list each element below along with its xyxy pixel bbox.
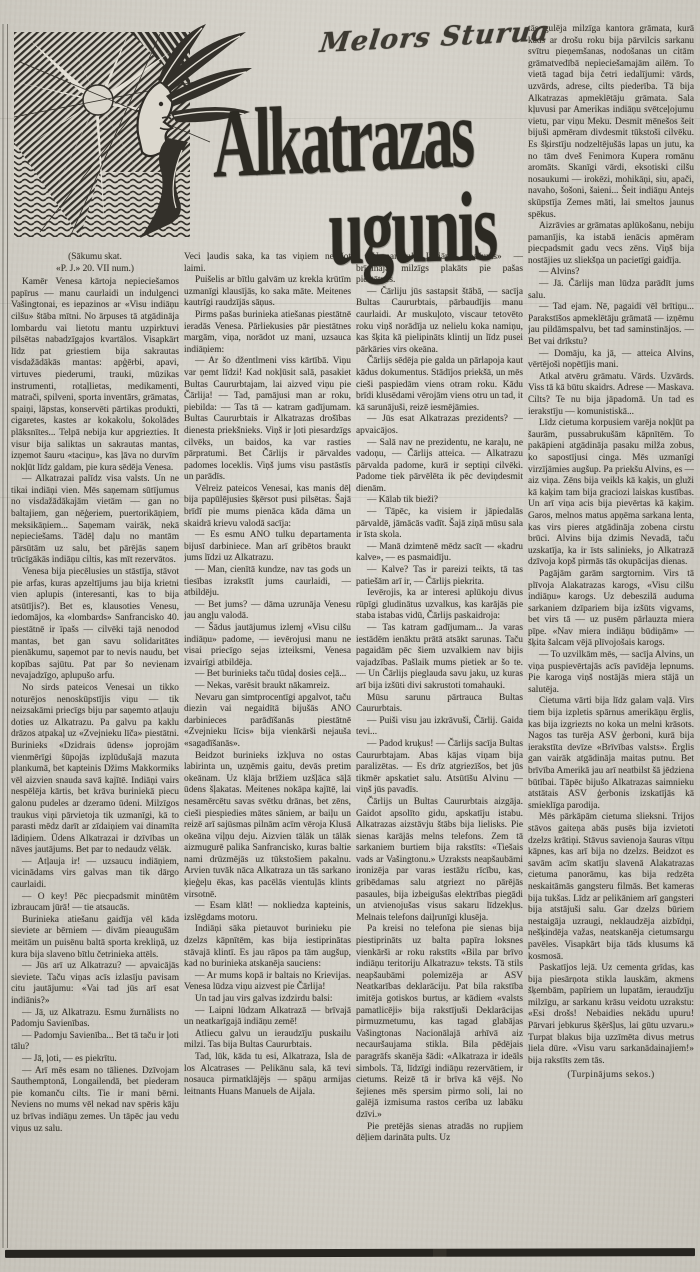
paragraph: — Bet jums? — dāma uzrunāja Venesu jau a…: [184, 600, 351, 623]
paragraph: — Padod kruķus! — Čārlijs sacīja Bultas …: [356, 739, 523, 797]
paragraph: — Jā. Čārlijs man lūdza parādīt jums sal…: [528, 279, 694, 302]
newspaper-page: Melors Sturua Alkatrazas ugunis (Sākumu …: [0, 0, 700, 1272]
paragraph: Indiāņi sāka pietauvot burinieku pie dze…: [184, 924, 351, 970]
paragraph: — Ar šo džentlmeni viss kārtībā. Viņu va…: [184, 356, 351, 484]
paragraph: — Padomju Savienība... Bet tā taču ir ļo…: [11, 1031, 179, 1054]
paragraph: — Kalve? Tas ir pareizi teikts, tā tas p…: [356, 565, 523, 588]
paragraph: Vēlreiz pateicos Venesai, kas manis dēļ …: [184, 484, 351, 530]
paragraph: Un tad jau virs galvas izdzirdu balsi:: [184, 994, 351, 1006]
paragraph: Kamēr Venesa kārtoja nepieciešamos papīr…: [11, 277, 179, 474]
paragraph: — Atļauja ir! — uzsaucu indiāņiem, vicin…: [11, 857, 179, 892]
paragraph: Ievērojis, ka ar interesi aplūkoju divus…: [356, 588, 523, 623]
page-edge-line: [2, 24, 4, 1248]
paragraph: Čārlijs sēdēja pie galda un pārlapoja ka…: [356, 356, 523, 414]
paragraph: Cietuma vārti bija līdz galam vaļā. Virs…: [528, 696, 694, 812]
paragraph: Mēs pārkāpām cietuma slieksni. Trijos st…: [528, 812, 694, 963]
paragraph: Venesa bija piecēlusies un stāstīja, stā…: [11, 567, 179, 683]
paragraph: Puišelis ar bītlu galvām uz krekla krūtī…: [184, 275, 351, 310]
paragraph: Nevaru gan simtprocentīgi apgalvot, taču…: [184, 693, 351, 751]
paragraph: — Esam klāt! — nokliedza kapteinis, izsl…: [184, 901, 351, 924]
paragraph: — Jā, uz Alkatrazu. Esmu žurnālists no P…: [11, 1008, 179, 1031]
paragraph: Atkal atvēru grāmatu. Vārds. Uzvārds. Vi…: [528, 372, 694, 418]
paragraph: Pirms pašas burinieka atiešanas piestātn…: [184, 310, 351, 356]
paragraph: — Jūs esat Alkatrazas prezidents? — apva…: [356, 414, 523, 437]
paragraph: — Alkatrazai palīdz visa valsts. Un ne t…: [11, 474, 179, 567]
paragraph: — To uzvilkām mēs, — sacīja Alvins, un v…: [528, 650, 694, 696]
paragraph: — Man, cienītā kundze, nav tas gods un t…: [184, 565, 351, 600]
paragraph: — Tāpēc, ka visiem ir jāpiedalās pārvald…: [356, 507, 523, 542]
paragraph: — Puiši visu jau izkrāvuši, Čārlij. Gaid…: [356, 716, 523, 739]
paragraph: (Sākumu skat. «P. J.» 20. VII num.): [11, 252, 179, 275]
paragraph: — Manā dzimtenē mēdz sacīt — «kadru kalv…: [356, 542, 523, 565]
paragraph: Aizrāvies ar grāmatas aplūkošanu, nebiju…: [528, 221, 694, 267]
paragraph: — Tad ejam. Nē, pagaidi vēl brītiņu... P…: [528, 302, 694, 348]
paragraph: — Ar mums kopā ir baltais no Krievijas. …: [184, 971, 351, 994]
paragraph: Paskatījos lejā. Uz cementa grīdas, kas …: [528, 963, 694, 1067]
paragraph: — Arī mēs esam no tālienes. Dzīvojam Sau…: [11, 1066, 179, 1136]
paragraph: — Kālab tik bieži?: [356, 495, 523, 507]
paragraph: — Šādus jautājumus izlemj «Visu cilšu in…: [184, 623, 351, 669]
bottom-rule: [5, 1248, 695, 1258]
paragraph: — O key! Pēc piecpadsmit minūtēm izbrauc…: [11, 892, 179, 915]
paragraph: — Laipni lūdzam Alkatrazā — brīvajā un n…: [184, 1006, 351, 1029]
paragraph: Burinieka atiešanu gaidīja vēl kāda siev…: [11, 915, 179, 961]
paragraph: Atliecu galvu un ieraudzīju puskailu mil…: [184, 1029, 351, 1052]
paragraph: — Domāju, ka jā, — atteica Alvins, vērtē…: [528, 349, 694, 372]
paragraph: (Turpinājums sekos.): [528, 1070, 694, 1082]
paragraph: Mūsu sarunu pārtrauca Bultas Caururbtais…: [356, 693, 523, 716]
text-column-1: (Sākumu skat. «P. J.» 20. VII num.)Kamēr…: [11, 252, 179, 1246]
paragraph: Čārlijs un Bultas Caururbtais aizgāja. G…: [356, 797, 523, 925]
paragraph: Tad, lūk, kāda tu esi, Alkatraza, Isla d…: [184, 1052, 351, 1098]
paragraph: — Salā nav ne prezidentu, ne karaļu, ne …: [356, 438, 523, 496]
text-column-4: tās gulēja milzīga kantora grāmata, kurā…: [528, 24, 694, 1246]
paragraph: Līdz cietuma korpusiem varēja nokļūt pa …: [528, 418, 694, 569]
paragraph: — Nekas, varēsit braukt nākamreiz.: [184, 681, 351, 693]
paragraph: Beidzot burinieks izkļuva no ostas labir…: [184, 751, 351, 902]
paragraph: Pa kreisi no telefona pie sienas bija pi…: [356, 924, 523, 1121]
text-column-2: Veci ļaudis saka, ka tas viņiem nesīšot …: [184, 252, 351, 1248]
paragraph: tās gulēja milzīga kantora grāmata, kurā…: [528, 24, 694, 221]
paragraph: Pie pretējās sienas atradās no rupjiem d…: [356, 1122, 523, 1145]
paragraph: — Bet burinieks taču tūdaļ dosies ceļā..…: [184, 669, 351, 681]
paragraph: — Alvins?: [528, 267, 694, 279]
paragraph: Veci ļaudis saka, ka tas viņiem nesīšot …: [184, 252, 351, 275]
paragraph: — Tas katram gadījumam... Ja varas iestā…: [356, 623, 523, 693]
paragraph: — Jūs arī uz Alkatrazu? — apvaicājās sie…: [11, 961, 179, 1007]
paragraph: Pagājām garām sargtornim. Virs tā plīvoj…: [528, 569, 694, 650]
article-title-line-2: ugunis: [328, 177, 496, 281]
paragraph: — Es esmu ANO tulku departamenta bijusī …: [184, 530, 351, 565]
paragraph: — Jā, ļoti, — es piekrītu.: [11, 1054, 179, 1066]
paragraph: — Čārliju jūs sastapsit štābā, — sacīja …: [356, 287, 523, 357]
left-margin-rule: [7, 24, 8, 1248]
paragraph: No sirds pateicos Venesai un tikko notur…: [11, 683, 179, 857]
text-column-3: «Uzmanību! Indiāņu īpašums» — brīdināja …: [356, 252, 523, 1248]
